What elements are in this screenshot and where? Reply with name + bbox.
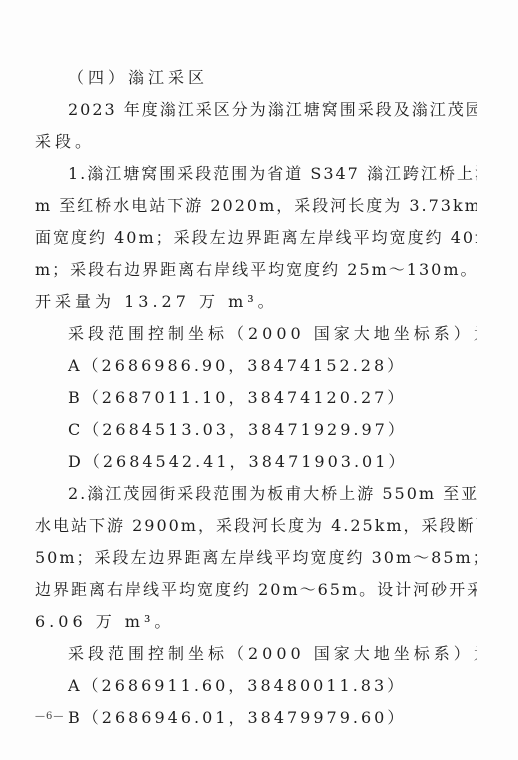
intro-line-2: 采段。 (35, 126, 477, 158)
segment1-coord-d: D（2684542.41，38471903.01） (35, 446, 477, 478)
segment1-coord-c: C（2684513.03，38471929.97） (35, 414, 477, 446)
segment1-coord-a: A（2686986.90，38474152.28） (35, 350, 477, 382)
segment1-line-4: m；采段右边界距离右岸线平均宽度约 25m～130m。设计河砂 (35, 254, 477, 286)
segment2-coord-label: 采段范围控制坐标（2000 国家大地坐标系）为： (35, 638, 477, 670)
segment2-line-5: 6.06 万 m³。 (35, 606, 477, 638)
segment2-coord-a: A（2686911.60，38480011.83） (35, 670, 477, 702)
segment2-coord-b: B（2686946.01，38479979.60） (35, 702, 477, 734)
segment2-line-3: 50m；采段左边界距离左岸线平均宽度约 30m～85m；采段右 (35, 542, 477, 574)
segment1-line-2: m 至红桥水电站下游 2020m，采段河长度为 3.73km，采段断 (35, 190, 477, 222)
segment1-coord-label: 采段范围控制坐标（2000 国家大地坐标系）为： (35, 318, 477, 350)
body-text: （四）滃江采区 2023 年度滃江采区分为滃江塘窝围采段及滃江茂园街 采段。 1… (35, 62, 477, 734)
segment2-line-2: 水电站下游 2900m，采段河长度为 4.25km，采段断面宽度约 (35, 510, 477, 542)
page-number: —6— (35, 711, 64, 722)
segment2-line-4: 边界距离右岸线平均宽度约 20m～65m。设计河砂开采量为 1 (35, 574, 477, 606)
intro-line-1: 2023 年度滃江采区分为滃江塘窝围采段及滃江茂园街 (35, 94, 477, 126)
section-heading: （四）滃江采区 (35, 62, 477, 94)
document-page: （四）滃江采区 2023 年度滃江采区分为滃江塘窝围采段及滃江茂园街 采段。 1… (0, 0, 518, 760)
segment1-line-5: 开采量为 13.27 万 m³。 (35, 286, 477, 318)
segment2-line-1: 2.滃江茂园街采段范围为板甫大桥上游 550m 至亚婆石 (35, 478, 477, 510)
segment1-coord-b: B（2687011.10，38474120.27） (35, 382, 477, 414)
segment1-line-3: 面宽度约 40m；采段左边界距离左岸线平均宽度约 40m～170 (35, 222, 477, 254)
segment1-line-1: 1.滃江塘窝围采段范围为省道 S347 滃江跨江桥上游 550 (35, 158, 477, 190)
